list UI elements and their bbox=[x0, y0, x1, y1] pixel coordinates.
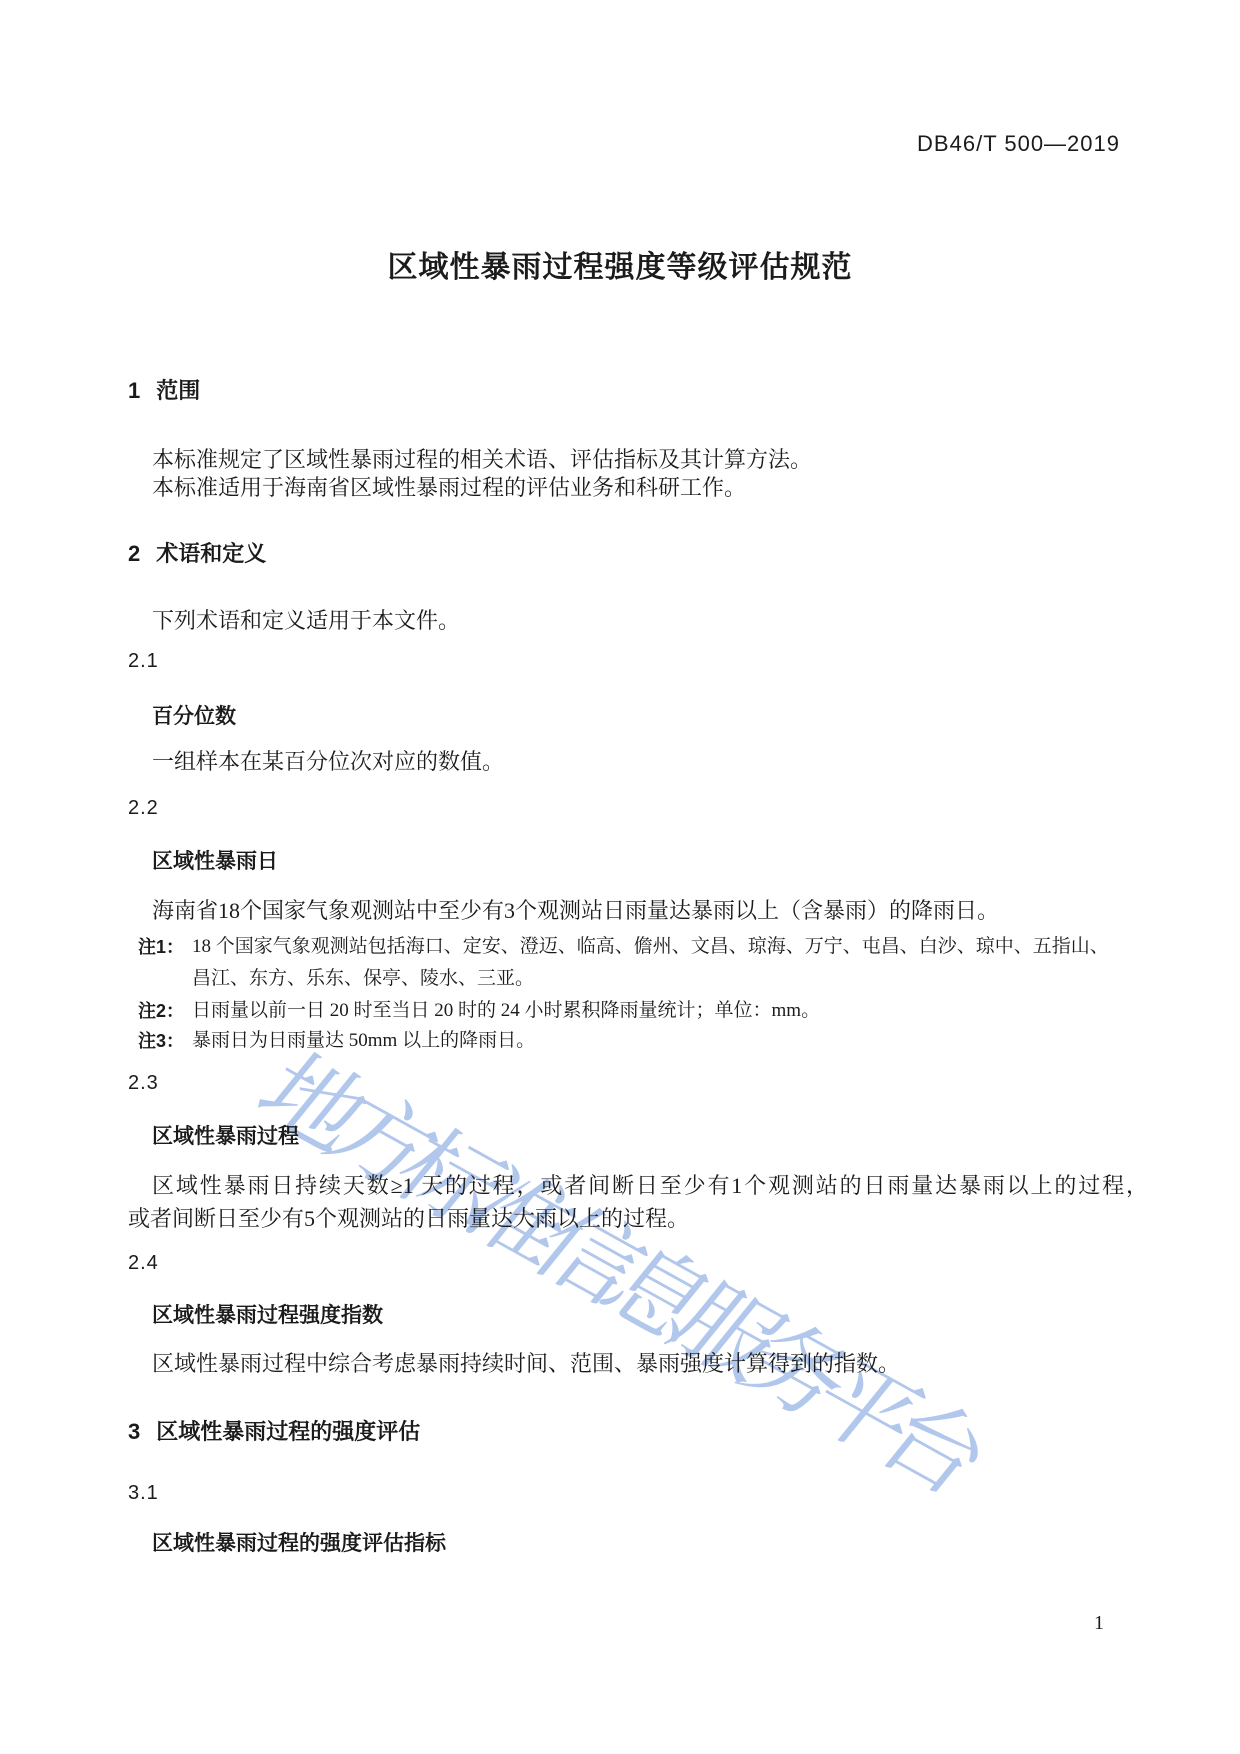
definition-regional-rainstorm-day: 海南省18个国家气象观测站中至少有3个观测站日雨量达暴雨以上（含暴雨）的降雨日。 bbox=[152, 894, 999, 925]
document-title: 区域性暴雨过程强度等级评估规范 bbox=[0, 242, 1240, 286]
clause-2-4-number: 2.4 bbox=[128, 1252, 159, 1275]
definition-process-line-2: 或者间断日至少有5个观测站的日雨量达大雨以上的过程。 bbox=[128, 1202, 689, 1233]
note-1-line-1: 18 个国家气象观测站包括海口、定安、澄迈、临高、儋州、文昌、琼海、万宁、屯昌、… bbox=[192, 931, 1109, 963]
clause-3-1-number: 3.1 bbox=[128, 1482, 159, 1505]
section-1-title: 范围 bbox=[156, 378, 200, 403]
note-3: 注3： 暴雨日为日雨量达 50mm 以上的降雨日。 bbox=[138, 1025, 535, 1057]
definition-percentile: 一组样本在某百分位次对应的数值。 bbox=[152, 745, 504, 776]
term-regional-rainstorm-process: 区域性暴雨过程 bbox=[152, 1120, 299, 1150]
section-3-title: 区域性暴雨过程的强度评估 bbox=[156, 1419, 420, 1444]
section-2-heading: 2术语和定义 bbox=[128, 537, 266, 568]
note-2-label: 注2： bbox=[138, 995, 184, 1027]
term-intensity-index: 区域性暴雨过程强度指数 bbox=[152, 1299, 383, 1329]
term-percentile: 百分位数 bbox=[152, 700, 236, 730]
note-1-label: 注1： bbox=[138, 931, 184, 963]
note-3-label: 注3： bbox=[138, 1025, 184, 1057]
clause-2-3-number: 2.3 bbox=[128, 1072, 159, 1095]
note-1-content: 18 个国家气象观测站包括海口、定安、澄迈、临高、儋州、文昌、琼海、万宁、屯昌、… bbox=[192, 931, 1109, 995]
document-page: 地方标准信息服务平台 DB46/T 500—2019 区域性暴雨过程强度等级评估… bbox=[0, 0, 1240, 1754]
clause-2-2-number: 2.2 bbox=[128, 797, 159, 820]
section-2-title: 术语和定义 bbox=[156, 541, 266, 566]
section-2-number: 2 bbox=[128, 541, 140, 567]
section-1-heading: 1范围 bbox=[128, 374, 200, 405]
scope-paragraph-2: 本标准适用于海南省区域性暴雨过程的评估业务和科研工作。 bbox=[152, 471, 746, 502]
definition-intensity-index: 区域性暴雨过程中综合考虑暴雨持续时间、范围、暴雨强度计算得到的指数。 bbox=[152, 1347, 900, 1378]
note-2-content: 日雨量以前一日 20 时至当日 20 时的 24 小时累积降雨量统计；单位：mm… bbox=[192, 995, 820, 1027]
note-1: 注1： 18 个国家气象观测站包括海口、定安、澄迈、临高、儋州、文昌、琼海、万宁… bbox=[138, 931, 1109, 995]
note-3-content: 暴雨日为日雨量达 50mm 以上的降雨日。 bbox=[192, 1025, 535, 1057]
terms-intro: 下列术语和定义适用于本文件。 bbox=[152, 604, 460, 635]
section-1-number: 1 bbox=[128, 378, 140, 404]
page-number: 1 bbox=[1094, 1612, 1104, 1635]
clause-2-1-number: 2.1 bbox=[128, 650, 159, 673]
standard-code: DB46/T 500—2019 bbox=[917, 131, 1120, 157]
note-1-line-2: 昌江、东方、乐东、保亭、陵水、三亚。 bbox=[192, 963, 1109, 995]
note-2: 注2： 日雨量以前一日 20 时至当日 20 时的 24 小时累积降雨量统计；单… bbox=[138, 995, 820, 1027]
term-regional-rainstorm-day: 区域性暴雨日 bbox=[152, 845, 278, 875]
scope-paragraph-1: 本标准规定了区域性暴雨过程的相关术语、评估指标及其计算方法。 bbox=[152, 443, 812, 474]
section-3-heading: 3区域性暴雨过程的强度评估 bbox=[128, 1415, 420, 1446]
section-3-number: 3 bbox=[128, 1419, 140, 1445]
term-evaluation-indicators: 区域性暴雨过程的强度评估指标 bbox=[152, 1527, 446, 1557]
definition-process-line-1: 区域性暴雨日持续天数≥1 天的过程，或者间断日至少有1个观测站的日雨量达暴雨以上… bbox=[152, 1169, 1148, 1200]
